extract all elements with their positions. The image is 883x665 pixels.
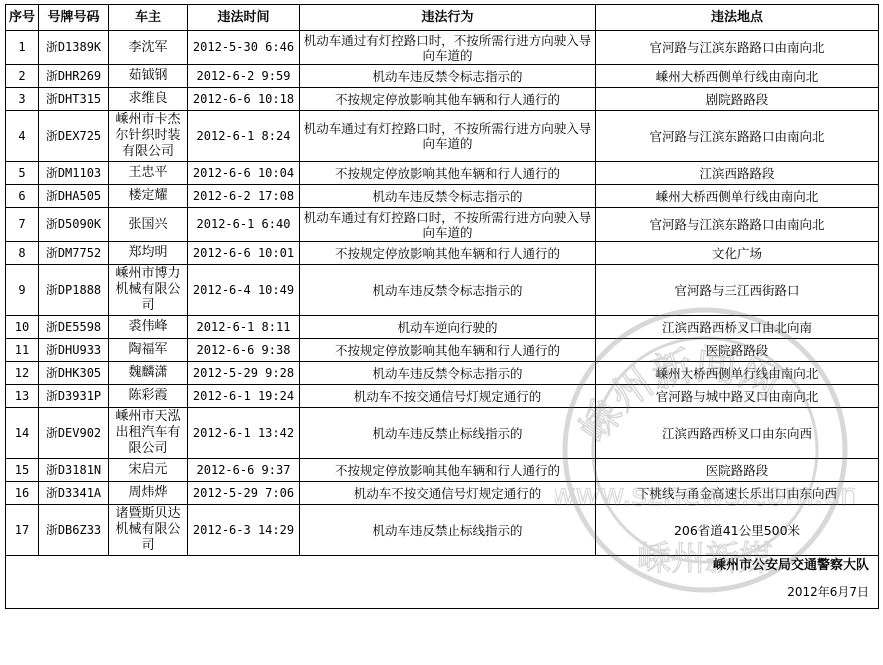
row-plate: 浙DHT315 [39, 88, 109, 111]
row-owner: 李沈军 [109, 31, 188, 65]
row-time: 2012-6-6 10:01 [188, 242, 300, 265]
row-behavior: 不按规定停放影响其他车辆和行人通行的 [300, 242, 596, 265]
row-seq: 12 [6, 362, 39, 385]
row-seq: 11 [6, 339, 39, 362]
header-plate: 号牌号码 [39, 5, 109, 31]
row-behavior: 机动车不按交通信号灯规定通行的 [300, 482, 596, 505]
row-behavior: 机动车违反禁令标志指示的 [300, 185, 596, 208]
row-owner: 魏麟潇 [109, 362, 188, 385]
header-location: 违法地点 [596, 5, 879, 31]
row-seq: 6 [6, 185, 39, 208]
row-location: 官河路与江滨东路路口由南向北 [596, 208, 879, 242]
table-row: 12浙DHK305魏麟潇2012-5-29 9:28机动车违反禁令标志指示的嵊州… [6, 362, 879, 385]
row-location: 官河路与江滨东路路口由南向北 [596, 111, 879, 162]
row-location: 江滨西路西桥叉口由东向西 [596, 408, 879, 459]
row-owner: 陈彩霞 [109, 385, 188, 408]
header-behavior: 违法行为 [300, 5, 596, 31]
row-location: 江滨西路路段 [596, 162, 879, 185]
row-behavior: 机动车违反禁令标志指示的 [300, 65, 596, 88]
row-time: 2012-6-1 19:24 [188, 385, 300, 408]
header-time: 违法时间 [188, 5, 300, 31]
table-row: 10浙DE5598裘伟峰2012-6-1 8:11机动车逆向行驶的江滨西路西桥叉… [6, 316, 879, 339]
row-seq: 9 [6, 265, 39, 316]
row-behavior: 不按规定停放影响其他车辆和行人通行的 [300, 459, 596, 482]
table-row: 11浙DHU933陶福军2012-6-6 9:38不按规定停放影响其他车辆和行人… [6, 339, 879, 362]
table-row: 8浙DM7752郑均明2012-6-6 10:01不按规定停放影响其他车辆和行人… [6, 242, 879, 265]
row-time: 2012-5-30 6:46 [188, 31, 300, 65]
row-time: 2012-6-1 8:11 [188, 316, 300, 339]
violation-notice-sheet: 序号 号牌号码 车主 违法时间 违法行为 违法地点 1浙D1389K李沈军201… [5, 4, 878, 609]
row-location: 嵊州大桥西侧单行线由南向北 [596, 65, 879, 88]
row-plate: 浙DEV902 [39, 408, 109, 459]
row-behavior: 机动车通过有灯控路口时，不按所需行进方向驶入导向车道的 [300, 208, 596, 242]
row-seq: 3 [6, 88, 39, 111]
table-row: 5浙DM1103王忠平2012-6-6 10:04不按规定停放影响其他车辆和行人… [6, 162, 879, 185]
row-owner: 王忠平 [109, 162, 188, 185]
row-behavior: 不按规定停放影响其他车辆和行人通行的 [300, 339, 596, 362]
row-time: 2012-6-6 9:37 [188, 459, 300, 482]
row-time: 2012-6-1 8:24 [188, 111, 300, 162]
row-behavior: 机动车违反禁令标志指示的 [300, 362, 596, 385]
row-seq: 10 [6, 316, 39, 339]
row-owner: 裘伟峰 [109, 316, 188, 339]
row-plate: 浙DHA505 [39, 185, 109, 208]
row-time: 2012-6-3 14:29 [188, 505, 300, 556]
table-row: 6浙DHA505楼定耀2012-6-2 17:08机动车违反禁令标志指示的嵊州大… [6, 185, 879, 208]
row-owner: 宋启元 [109, 459, 188, 482]
row-seq: 17 [6, 505, 39, 556]
row-time: 2012-6-2 9:59 [188, 65, 300, 88]
footer-row: 嵊州市公安局交通警察大队 2012年6月7日 [6, 556, 879, 609]
header-seq: 序号 [6, 5, 39, 31]
violation-table: 序号 号牌号码 车主 违法时间 违法行为 违法地点 1浙D1389K李沈军201… [5, 4, 879, 609]
row-time: 2012-5-29 9:28 [188, 362, 300, 385]
table-row: 17浙DB6Z33诸暨斯贝达机械有限公司2012-6-3 14:29机动车违反禁… [6, 505, 879, 556]
row-behavior: 不按规定停放影响其他车辆和行人通行的 [300, 88, 596, 111]
table-row: 7浙D5090K张国兴2012-6-1 6:40机动车通过有灯控路口时，不按所需… [6, 208, 879, 242]
row-plate: 浙D3931P [39, 385, 109, 408]
row-seq: 14 [6, 408, 39, 459]
row-plate: 浙D1389K [39, 31, 109, 65]
row-seq: 4 [6, 111, 39, 162]
row-behavior: 机动车不按交通信号灯规定通行的 [300, 385, 596, 408]
row-owner: 嵊州市卡杰尔针织时装有限公司 [109, 111, 188, 162]
row-owner: 茹钺钢 [109, 65, 188, 88]
row-time: 2012-6-4 10:49 [188, 265, 300, 316]
row-location: 下桃线与甬金高速长乐出口由东向西 [596, 482, 879, 505]
row-time: 2012-6-6 10:18 [188, 88, 300, 111]
table-row: 9浙DP1888嵊州市博力机械有限公司2012-6-4 10:49机动车违反禁令… [6, 265, 879, 316]
row-owner: 求维良 [109, 88, 188, 111]
row-plate: 浙DHR269 [39, 65, 109, 88]
row-plate: 浙DHU933 [39, 339, 109, 362]
table-row: 3浙DHT315求维良2012-6-6 10:18不按规定停放影响其他车辆和行人… [6, 88, 879, 111]
row-location: 文化广场 [596, 242, 879, 265]
row-owner: 张国兴 [109, 208, 188, 242]
row-plate: 浙DM1103 [39, 162, 109, 185]
row-plate: 浙DEX725 [39, 111, 109, 162]
row-owner: 诸暨斯贝达机械有限公司 [109, 505, 188, 556]
row-owner: 嵊州市天泓出租汽车有限公司 [109, 408, 188, 459]
row-location: 官河路与江滨东路路口由南向北 [596, 31, 879, 65]
row-owner: 郑均明 [109, 242, 188, 265]
row-behavior: 机动车违反禁止标线指示的 [300, 505, 596, 556]
row-plate: 浙D5090K [39, 208, 109, 242]
row-plate: 浙DE5598 [39, 316, 109, 339]
header-owner: 车主 [109, 5, 188, 31]
row-location: 医院路路段 [596, 459, 879, 482]
row-owner: 周炜烨 [109, 482, 188, 505]
row-location: 江滨西路西桥叉口由北向南 [596, 316, 879, 339]
row-behavior: 机动车违反禁令标志指示的 [300, 265, 596, 316]
row-location: 剧院路路段 [596, 88, 879, 111]
row-seq: 8 [6, 242, 39, 265]
row-plate: 浙D3341A [39, 482, 109, 505]
table-row: 16浙D3341A周炜烨2012-5-29 7:06机动车不按交通信号灯规定通行… [6, 482, 879, 505]
row-plate: 浙DB6Z33 [39, 505, 109, 556]
row-seq: 13 [6, 385, 39, 408]
row-behavior: 机动车通过有灯控路口时，不按所需行进方向驶入导向车道的 [300, 111, 596, 162]
row-time: 2012-6-2 17:08 [188, 185, 300, 208]
issuing-agency: 嵊州市公安局交通警察大队 [9, 558, 875, 573]
row-owner: 陶福军 [109, 339, 188, 362]
row-plate: 浙DP1888 [39, 265, 109, 316]
footer-cell: 嵊州市公安局交通警察大队 2012年6月7日 [6, 556, 879, 609]
row-time: 2012-5-29 7:06 [188, 482, 300, 505]
row-seq: 16 [6, 482, 39, 505]
row-behavior: 机动车违反禁止标线指示的 [300, 408, 596, 459]
row-owner: 楼定耀 [109, 185, 188, 208]
row-location: 官河路与三江西街路口 [596, 265, 879, 316]
row-plate: 浙D3181N [39, 459, 109, 482]
table-row: 4浙DEX725嵊州市卡杰尔针织时装有限公司2012-6-1 8:24机动车通过… [6, 111, 879, 162]
row-seq: 1 [6, 31, 39, 65]
table-header-row: 序号 号牌号码 车主 违法时间 违法行为 违法地点 [6, 5, 879, 31]
row-plate: 浙DHK305 [39, 362, 109, 385]
row-location: 医院路路段 [596, 339, 879, 362]
row-seq: 5 [6, 162, 39, 185]
row-time: 2012-6-1 13:42 [188, 408, 300, 459]
table-row: 1浙D1389K李沈军2012-5-30 6:46机动车通过有灯控路口时，不按所… [6, 31, 879, 65]
row-owner: 嵊州市博力机械有限公司 [109, 265, 188, 316]
row-location: 嵊州大桥西侧单行线由南向北 [596, 185, 879, 208]
row-behavior: 机动车通过有灯控路口时，不按所需行进方向驶入导向车道的 [300, 31, 596, 65]
table-row: 15浙D3181N宋启元2012-6-6 9:37不按规定停放影响其他车辆和行人… [6, 459, 879, 482]
row-behavior: 机动车逆向行驶的 [300, 316, 596, 339]
row-location: 206省道41公里500米 [596, 505, 879, 556]
table-row: 2浙DHR269茹钺钢2012-6-2 9:59机动车违反禁令标志指示的嵊州大桥… [6, 65, 879, 88]
row-seq: 15 [6, 459, 39, 482]
row-time: 2012-6-6 10:04 [188, 162, 300, 185]
table-row: 13浙D3931P陈彩霞2012-6-1 19:24机动车不按交通信号灯规定通行… [6, 385, 879, 408]
issue-date: 2012年6月7日 [9, 585, 875, 600]
row-seq: 7 [6, 208, 39, 242]
row-seq: 2 [6, 65, 39, 88]
row-behavior: 不按规定停放影响其他车辆和行人通行的 [300, 162, 596, 185]
row-location: 嵊州大桥西侧单行线由南向北 [596, 362, 879, 385]
row-location: 官河路与城中路叉口由南向北 [596, 385, 879, 408]
row-time: 2012-6-6 9:38 [188, 339, 300, 362]
row-plate: 浙DM7752 [39, 242, 109, 265]
table-row: 14浙DEV902嵊州市天泓出租汽车有限公司2012-6-1 13:42机动车违… [6, 408, 879, 459]
row-time: 2012-6-1 6:40 [188, 208, 300, 242]
